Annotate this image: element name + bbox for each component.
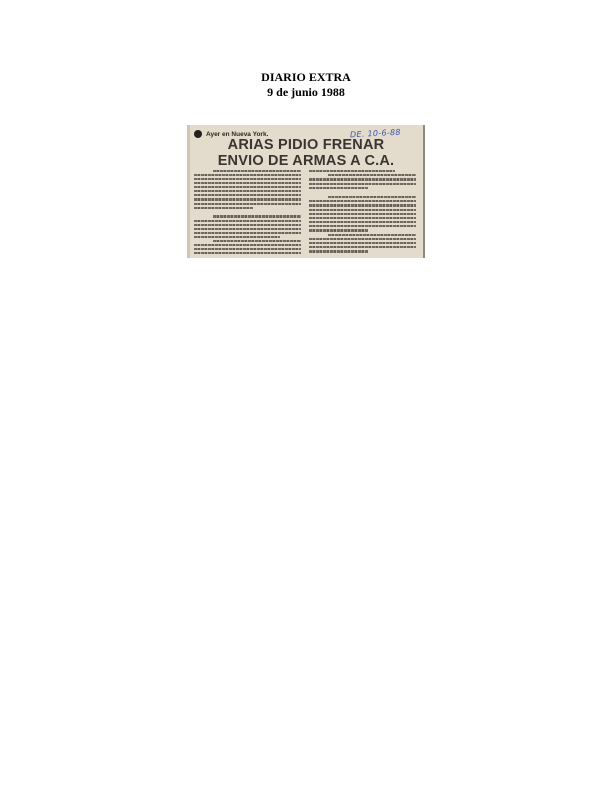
publication-name: DIARIO EXTRA: [0, 70, 612, 85]
article-body: [194, 170, 416, 254]
clipping-headline: ARIAS PIDIO FRENAR ENVIO DE ARMAS A C.A.: [187, 138, 425, 169]
text-line: [194, 224, 301, 226]
text-line: [194, 203, 301, 205]
text-line: [328, 174, 416, 176]
text-line: [194, 236, 280, 238]
text-line: [194, 190, 301, 192]
article-column-right: [309, 170, 416, 254]
text-line: [194, 207, 253, 209]
text-line: [194, 252, 301, 254]
page-header: DIARIO EXTRA 9 de junio 1988: [0, 70, 612, 100]
text-line: [194, 244, 301, 246]
text-line: [309, 187, 368, 189]
text-line: [309, 200, 416, 202]
text-line: [194, 178, 301, 180]
text-line: [194, 248, 301, 250]
text-line: [309, 246, 416, 248]
text-line: [194, 228, 301, 230]
text-line: [309, 178, 416, 180]
bullet-icon: [194, 130, 202, 138]
text-line: [309, 204, 416, 206]
text-line: [213, 215, 301, 217]
text-line: [194, 232, 301, 234]
text-line: [194, 186, 301, 188]
text-line: [309, 213, 416, 215]
newspaper-clipping: Ayer en Nueva York. DE. 10-6-88 ARIAS PI…: [187, 125, 425, 258]
text-line: [309, 217, 416, 219]
text-line: [309, 242, 416, 244]
headline-line-2: ENVIO DE ARMAS A C.A.: [187, 154, 425, 170]
text-line: [309, 221, 416, 223]
text-line: [309, 229, 368, 231]
article-column-left: [194, 170, 301, 254]
text-line: [328, 196, 416, 198]
text-line: [213, 240, 301, 242]
text-line: [309, 238, 416, 240]
text-line: [194, 182, 301, 184]
publication-date: 9 de junio 1988: [0, 85, 612, 100]
text-line: [309, 170, 395, 172]
text-line: [309, 225, 416, 227]
text-line: [194, 174, 301, 176]
headline-line-1: ARIAS PIDIO FRENAR: [187, 138, 425, 154]
text-line: [194, 198, 301, 200]
text-line: [309, 183, 416, 185]
text-line: [194, 220, 301, 222]
text-line: [194, 194, 301, 196]
text-line: [213, 170, 301, 172]
text-line: [309, 250, 368, 252]
text-line: [309, 209, 416, 211]
text-line: [328, 234, 416, 236]
